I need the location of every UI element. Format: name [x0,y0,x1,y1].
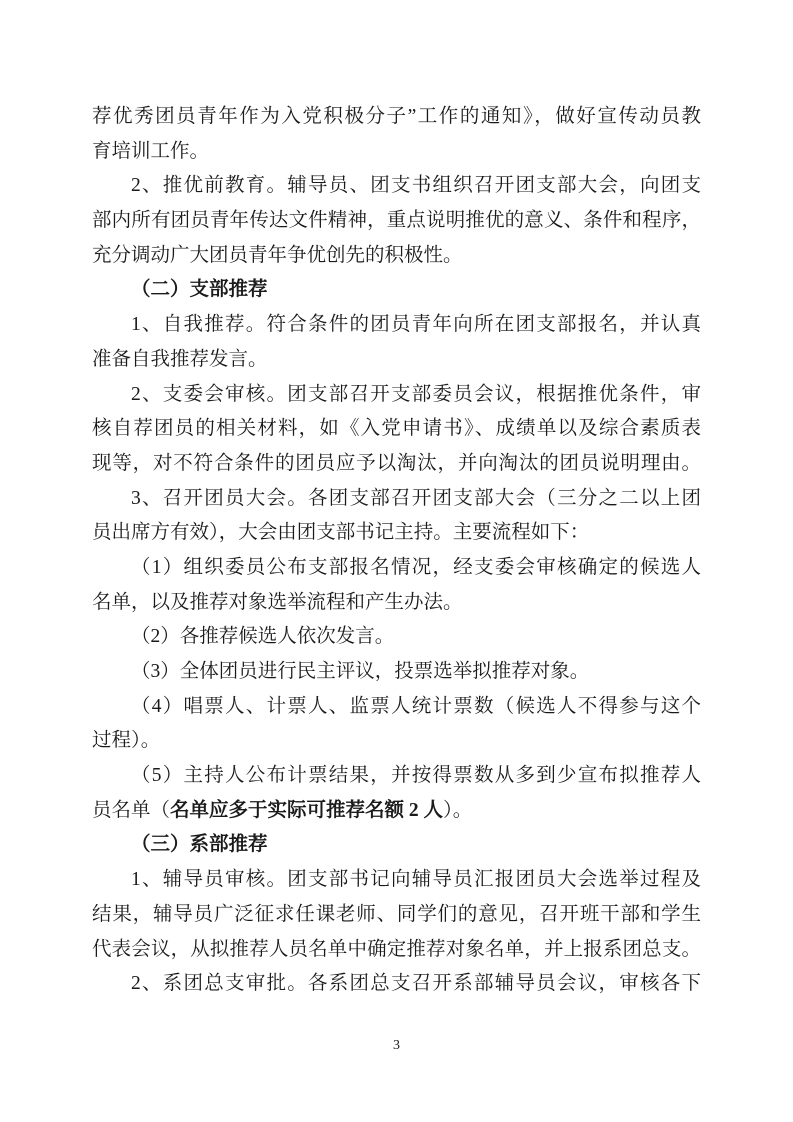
text-run: 过程）。 [92,730,160,751]
text-run: 部内所有团员青年传达文件精神，重点说明推优的意义、条件和程序， [92,210,701,231]
text-line: 现等，对不符合条件的团员应予以淘汰，并向淘汰的团员说明理由。 [92,447,701,482]
text-run: 代表会议，从拟推荐人员名单中确定推荐对象名单，并上报系团总支。 [92,939,701,960]
text-run: （2）各推荐候选人依次发言。 [131,626,394,647]
text-line: （4）唱票人、计票人、监票人统计票数（候选人不得参与这个 [92,690,701,725]
document-page-root: { "page": { "number": "3", "background_c… [0,0,793,1122]
text-run: ）。 [443,800,472,821]
text-line: 部内所有团员青年传达文件精神，重点说明推优的意义、条件和程序， [92,204,701,239]
text-run: （5）主持人公布计票结果，并按得票数从多到少宣布拟推荐人 [131,765,701,786]
text-line: 2、支委会审核。团支部召开支部委员会议，根据推优条件，审 [92,378,701,413]
text-line: 准备自我推荐发言。 [92,343,701,378]
text-run: 3、召开团员大会。各团支部召开团支部大会（三分之二以上团 [131,488,701,509]
text-run: 1、自我推荐。符合条件的团员青年向所在团支部报名，并认真 [131,314,701,335]
bold-text-run: 名单应多于实际可推荐名额 2 人 [170,800,443,821]
text-run: 名单，以及推荐对象选举流程和产生办法。 [92,592,463,613]
text-run: 2、系团总支审批。各系团总支召开系部辅导员会议，审核各下 [131,973,701,994]
text-line: 员名单（名单应多于实际可推荐名额 2 人）。 [92,794,701,829]
text-line: 3、召开团员大会。各团支部召开团支部大会（三分之二以上团 [92,482,701,517]
text-line: （三）系部推荐 [92,828,701,863]
text-line: 1、辅导员审核。团支部书记向辅导员汇报团员大会选举过程及 [92,863,701,898]
text-line: （二）支部推荐 [92,273,701,308]
text-run: 准备自我推荐发言。 [92,349,268,370]
text-line: （5）主持人公布计票结果，并按得票数从多到少宣布拟推荐人 [92,759,701,794]
text-line: 2、系团总支审批。各系团总支召开系部辅导员会议，审核各下 [92,967,701,1002]
text-line: （1）组织委员公布支部报名情况，经支委会审核确定的候选人 [92,551,701,586]
text-line: （2）各推荐候选人依次发言。 [92,620,701,655]
text-run: 荐优秀团员青年作为入党积极分子”工作的通知》，做好宣传动员教 [92,106,701,127]
text-run: 现等，对不符合条件的团员应予以淘汰，并向淘汰的团员说明理由。 [92,453,701,474]
text-run: 员名单（ [92,800,170,821]
text-line: （3）全体团员进行民主评议，投票选举拟推荐对象。 [92,655,701,690]
text-line: 荐优秀团员青年作为入党积极分子”工作的通知》，做好宣传动员教 [92,100,701,135]
text-run: 充分调动广大团员青年争优创先的积极性。 [92,245,463,266]
page-number: 3 [0,1038,793,1054]
text-run: （4）唱票人、计票人、监票人统计票数（候选人不得参与这个 [131,696,701,717]
text-line: 充分调动广大团员青年争优创先的积极性。 [92,239,701,274]
text-line: 1、自我推荐。符合条件的团员青年向所在团支部报名，并认真 [92,308,701,343]
bold-text-run: （二）支部推荐 [131,279,268,300]
text-run: 2、支委会审核。团支部召开支部委员会议，根据推优条件，审 [131,384,701,405]
text-run: 育培训工作。 [92,141,209,162]
text-run: 1、辅导员审核。团支部书记向辅导员汇报团员大会选举过程及 [131,869,701,890]
document-body: 荐优秀团员青年作为入党积极分子”工作的通知》，做好宣传动员教育培训工作。2、推优… [92,100,701,1002]
bold-text-run: （三）系部推荐 [131,834,268,855]
document-page: 荐优秀团员青年作为入党积极分子”工作的通知》，做好宣传动员教育培训工作。2、推优… [0,0,793,1122]
text-line: 过程）。 [92,724,701,759]
text-run: 2、推优前教育。辅导员、团支书组织召开团支部大会，向团支 [131,175,701,196]
text-run: （3）全体团员进行民主评议，投票选举拟推荐对象。 [131,661,589,682]
text-line: 名单，以及推荐对象选举流程和产生办法。 [92,586,701,621]
text-line: 员出席方有效），大会由团支部书记主持。主要流程如下： [92,516,701,551]
text-line: 代表会议，从拟推荐人员名单中确定推荐对象名单，并上报系团总支。 [92,933,701,968]
text-line: 结果，辅导员广泛征求任课老师、同学们的意见，召开班干部和学生 [92,898,701,933]
text-run: 员出席方有效），大会由团支部书记主持。主要流程如下： [92,522,589,543]
text-line: 育培训工作。 [92,135,701,170]
text-line: 2、推优前教育。辅导员、团支书组织召开团支部大会，向团支 [92,169,701,204]
text-run: （1）组织委员公布支部报名情况，经支委会审核确定的候选人 [131,557,701,578]
text-line: 核自荐团员的相关材料，如《入党申请书》、成绩单以及综合素质表 [92,412,701,447]
text-run: 核自荐团员的相关材料，如《入党申请书》、成绩单以及综合素质表 [92,418,701,439]
text-run: 结果，辅导员广泛征求任课老师、同学们的意见，召开班干部和学生 [92,904,701,925]
